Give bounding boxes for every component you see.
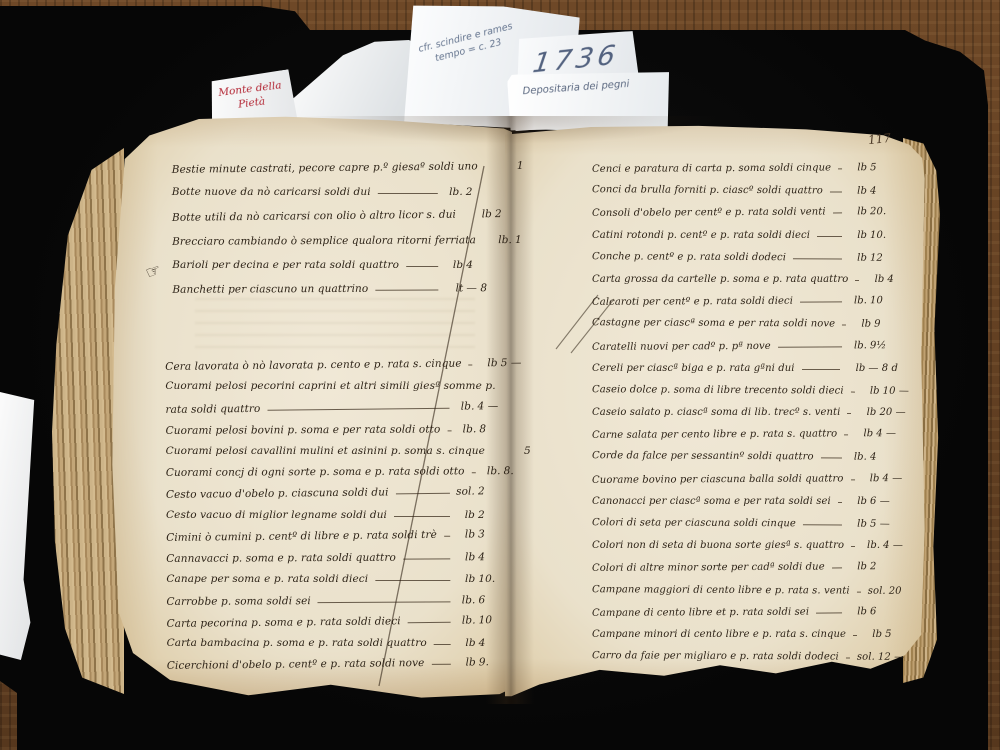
entry-amount: 2 <box>478 486 506 498</box>
leader-line <box>838 502 842 503</box>
entry-amount: 2 <box>870 562 898 573</box>
entry-text: Canonacci per ciascª soma e per rata sol… <box>592 496 831 507</box>
entry-text: Colori di seta per ciascuna soldi cinque <box>592 517 796 529</box>
entry-amount: 8. <box>504 465 532 477</box>
entry-text: Canape per soma e p. rata soldi dieci <box>166 573 368 585</box>
leader-line <box>803 524 842 525</box>
leader-line <box>472 473 476 474</box>
entry-unit: sol. <box>855 652 878 663</box>
entry-amount: 4 <box>466 259 494 271</box>
entry-text: Carrobbe p. soma soldi sei <box>166 595 310 608</box>
entry-amount: 9. <box>479 657 507 669</box>
entry-text: Brecciaro cambiando ò semplice qualora r… <box>172 234 476 248</box>
entry-amount: 12 — <box>878 652 906 663</box>
ledger-line: Cimini ò cumini p. centº di libre e p. r… <box>166 519 506 544</box>
entry-unit: lb. <box>455 594 478 606</box>
leader-line <box>853 635 857 636</box>
ledger-line: Caseio salato p. ciascª soma di lib. tre… <box>592 396 898 418</box>
leader-line <box>816 612 842 613</box>
pencil-note-text: cfr. scindire e rames tempo = c. 23 <box>417 20 517 69</box>
entry-amount: 6 <box>870 606 898 617</box>
leader-line <box>396 493 450 495</box>
leader-line <box>847 413 851 414</box>
leader-line <box>447 430 451 431</box>
entry-unit: lb <box>847 207 870 218</box>
leader-line <box>318 601 451 603</box>
entry-text: Cuorami pelosi bovini p. soma e per rata… <box>166 423 441 436</box>
right-page-lines: Cenci e paratura di carta p. soma soldi … <box>592 152 898 662</box>
ledger-line: Botte utili da nò caricarsi con olio ò a… <box>172 197 494 225</box>
entry-unit: lb <box>847 230 870 241</box>
ledger-line: Conci da brulla forniti p. ciascº soldi … <box>592 173 898 197</box>
leader-line <box>851 479 855 480</box>
ledger-line: Campane di cento libre et p. rata soldi … <box>592 595 898 619</box>
ledger-line: Caratelli nuovi per cadº p. pª nove lb. … <box>592 329 898 353</box>
ledger-line: Campane maggiori di cento libre e p. rat… <box>592 573 898 597</box>
ledger-line: Carta grossa da cartelle p. soma e p. ra… <box>592 263 898 285</box>
entry-text: rata soldi quattro <box>165 403 260 416</box>
leader-line <box>444 536 450 537</box>
entry-text: Cesto vacuo di miglior legname soldi dui <box>166 509 387 521</box>
entry-amount: 10. <box>478 573 506 585</box>
entry-text: Botte nuove da nò caricarsi soldi dui <box>172 186 371 198</box>
entry-unit: lb <box>847 519 870 530</box>
monte-della-pieta-text: Monte della Pietà <box>205 77 296 116</box>
entry-unit: lb <box>845 363 868 374</box>
ledger-line: Bestie minute castrati, pecore capre p.º… <box>172 148 494 176</box>
ledger-line: Catini rotondi p. centº e p. rata soldi … <box>592 219 898 241</box>
ledger-line: Consoli d'obelo per centº e p. rata sold… <box>592 195 898 219</box>
entry-amount: 8 <box>479 423 507 435</box>
ledger-line: Campane minori di cento libre e p. rata … <box>592 618 898 640</box>
red-note-line1: Monte della <box>218 79 283 99</box>
entry-unit: lb. <box>847 296 870 307</box>
entry-unit: lb <box>860 386 883 397</box>
entry-amount: 4 — <box>477 400 505 412</box>
ledger-line: Cannavacci p. soma e p. rata soldi quatt… <box>166 542 506 565</box>
leader-line <box>406 266 438 267</box>
entry-amount: 1 <box>515 234 543 246</box>
leader-line <box>378 193 438 194</box>
entry-unit: lb. <box>454 401 477 413</box>
entry-text: Cuorame bovino per ciascuna balla soldi … <box>592 473 844 486</box>
leader-line <box>403 558 450 559</box>
leader-line <box>844 435 848 436</box>
ledger-line: Barioli per decina e per rata soldi quat… <box>172 247 494 271</box>
leader-line <box>267 408 449 411</box>
leader-line <box>375 580 450 581</box>
entry-amount: 10. <box>870 230 898 241</box>
ledger-line: Carrobbe p. soma soldi sei lb. 6 <box>166 584 506 607</box>
entry-amount: 2 <box>495 208 523 220</box>
ledger-line: Cesto vacuo di miglior legname soldi dui… <box>166 500 506 521</box>
leader-line <box>832 568 842 569</box>
ledger-line: Cuorami pelosi pecorini caprini et altri… <box>165 371 505 392</box>
red-note-line2: Pietà <box>237 95 265 110</box>
ledger-line: Canonacci per ciascª soma e per rata sol… <box>592 485 898 507</box>
ledger-line: Botte nuove da nò caricarsi soldi dui lb… <box>172 174 494 198</box>
entry-unit: lb <box>862 629 885 640</box>
entry-unit: lb. <box>492 234 515 246</box>
leader-line <box>793 258 842 259</box>
leader-line <box>838 169 842 170</box>
entry-text: Consoli d'obelo per centº e p. rata sold… <box>592 207 826 219</box>
leader-line <box>842 325 846 326</box>
entry-amount: 10 <box>479 614 507 626</box>
entry-amount: 5 <box>524 445 552 457</box>
entry-text: Caseio dolce p. soma di libre trecento s… <box>592 384 844 396</box>
ledger-line: Conche p. centº e p. rata soldi dodeci l… <box>592 240 898 264</box>
entry-text: Barioli per decina e per rata soldi quat… <box>172 259 399 271</box>
ledger-line: Canape per soma e p. rata soldi dieci lb… <box>166 564 506 585</box>
entry-unit: lb <box>455 551 478 563</box>
leader-line <box>434 644 451 645</box>
entry-text: Castagne per ciascª soma e per rata sold… <box>592 318 835 330</box>
entry-amount: 4 — <box>883 473 911 484</box>
entry-text: Carro da faie per migliaro e p. rata sol… <box>592 651 839 663</box>
entry-amount: — 8 d <box>868 363 898 374</box>
leader-line <box>408 622 451 623</box>
ledger-line: Banchetti per ciascuno un quattrino lt —… <box>172 270 494 296</box>
entry-unit: lb <box>847 496 870 507</box>
entry-text: Banchetti per ciascuno un quattrino <box>172 283 368 296</box>
entry-amount: 4 — <box>876 428 904 439</box>
leader-line <box>821 458 842 459</box>
entry-unit: lb <box>847 562 870 573</box>
leader-line <box>833 213 842 214</box>
ledger-line: Caseio dolce p. soma di libre trecento s… <box>592 373 898 397</box>
entry-unit: lb <box>455 529 478 541</box>
ledger-line: Cereli per ciascª biga e p. rata gªni du… <box>592 352 898 374</box>
entry-text: Campane di cento libre et p. rata soldi … <box>592 607 809 619</box>
manuscript-photo: cfr. scindire e rames tempo = c. 23 1736… <box>0 0 1000 750</box>
ledger-line: Cenci e paratura di carta p. soma soldi … <box>592 151 898 175</box>
entry-amount: 5 <box>870 162 898 173</box>
entry-text: Caseio salato p. ciascª soma di lib. tre… <box>592 407 840 418</box>
top-edge-shadow <box>300 116 720 144</box>
entry-text: Cuorami pelosi cavallini mulini et asini… <box>166 445 485 457</box>
entry-unit: lb <box>847 252 870 263</box>
entry-amount: 6 — <box>870 496 898 507</box>
entry-text: Carta grossa da cartelle p. soma e p. ra… <box>592 274 848 285</box>
leader-line <box>375 290 438 291</box>
entry-unit: lb <box>456 657 479 669</box>
ledger-line: Cuorami pelosi cavallini mulini et asini… <box>166 436 506 457</box>
entry-amount: 5 <box>885 629 913 640</box>
entry-unit: lb <box>853 429 876 440</box>
entry-amount: 10 <box>870 295 898 306</box>
entry-amount: 10 — <box>883 386 911 397</box>
leader-line <box>800 302 842 303</box>
entry-unit: lb <box>455 573 478 585</box>
ledger-line: Calcaroti per centº e p. rata soldi diec… <box>592 284 898 308</box>
entry-unit: lb. <box>847 340 870 351</box>
leader-line <box>851 392 855 393</box>
ledger-line: Colori di altre minor sorte per cadª sol… <box>592 550 898 574</box>
entry-text: Catini rotondi p. centº e p. rata soldi … <box>592 230 810 241</box>
leader-line <box>855 280 859 281</box>
entry-unit: lb <box>860 473 883 484</box>
entry-text: Campane maggiori di cento libre e p. rat… <box>592 584 850 596</box>
leader-line <box>431 665 450 666</box>
ledger-line: Corde da falce per sessantinº soldi quat… <box>592 440 898 464</box>
ledger-line: Cuorami pelosi bovini p. soma e per rata… <box>165 413 505 436</box>
entry-unit: sol. <box>455 486 478 498</box>
entry-amount: — 8 <box>466 282 494 294</box>
left-page-block2: Cera lavorata ò nò lavorata p. cento e p… <box>165 349 507 672</box>
ledger-line: rata soldi quattro lb. 4 — <box>165 391 505 416</box>
ledger-line: Cesto vacuo d'obelo p. ciascuna soldi du… <box>166 476 506 501</box>
entry-text: Conche p. centº e p. rata soldi dodeci <box>592 251 786 263</box>
entry-unit: lb <box>472 209 495 221</box>
entry-unit: lb. <box>456 423 479 435</box>
entry-unit: lb <box>847 162 870 173</box>
leader-line <box>394 516 450 517</box>
entry-text: Caratelli nuovi per cadº p. pª nove <box>592 341 771 353</box>
entry-amount: 5 — <box>870 519 898 530</box>
entry-unit: lt <box>443 282 466 294</box>
entry-amount: 3 <box>478 529 506 541</box>
entry-amount: 20. <box>870 207 898 218</box>
entry-amount: 4 <box>478 551 506 563</box>
leader-line <box>830 192 842 193</box>
ledger-line: Colori non di seta di buona sorte giesª … <box>592 529 898 551</box>
ledger-line: Carta pecorina p. soma e p. rata soldi d… <box>166 605 506 630</box>
ledger-line: Castagne per ciascª soma e per rata sold… <box>592 307 898 331</box>
entry-unit: lb <box>443 259 466 271</box>
ledger-line: Cicerchioni d'obelo p. centº e p. rata s… <box>167 648 507 673</box>
entry-amount: 12 <box>870 253 898 264</box>
leader-line <box>802 369 841 370</box>
ledger-line: Cuorame bovino per ciascuna balla soldi … <box>592 462 898 486</box>
entry-text: Cannavacci p. soma e p. rata soldi quatt… <box>166 552 396 565</box>
leader-line <box>846 658 850 659</box>
leader-line <box>851 546 855 547</box>
entry-amount: 5 — <box>501 357 529 369</box>
leader-line <box>817 236 842 237</box>
depositaria-text: Depositaria dei pegni <box>522 79 629 97</box>
leader-line <box>469 365 473 366</box>
ledger-line: Cera lavorata ò nò lavorata p. cento e p… <box>165 348 505 373</box>
entry-amount: 9½ <box>870 340 898 351</box>
entry-text: Corde da falce per sessantinº soldi quat… <box>592 451 814 463</box>
left-page-block1: Bestie minute castrati, pecore capre p.º… <box>172 149 495 296</box>
entry-unit: lb. <box>456 614 479 626</box>
leader-line <box>857 591 861 592</box>
ink-bleedthrough <box>195 298 475 348</box>
entry-text: Cicerchioni d'obelo p. centº e p. rata s… <box>167 658 425 673</box>
entry-unit: lb <box>478 358 501 370</box>
entry-text: Cereli per ciascª biga e p. rata gªni du… <box>592 363 795 374</box>
ledger-line: Carta bambacina p. soma e p. rata soldi … <box>167 628 507 649</box>
ledger-line: Carne salata per cento libre e p. rata s… <box>592 417 898 441</box>
ledger-line: Brecciaro cambiando ò semplice qualora r… <box>172 222 494 248</box>
leader-line <box>778 346 842 347</box>
folio-number: 117 <box>867 131 891 147</box>
ledger-line: Carro da faie per migliaro e p. rata sol… <box>592 639 898 663</box>
entry-unit: lb <box>847 606 870 617</box>
ledger-line: Colori di seta per ciascuna soldi cinque… <box>592 506 898 530</box>
entry-amount: 1 <box>517 160 545 172</box>
